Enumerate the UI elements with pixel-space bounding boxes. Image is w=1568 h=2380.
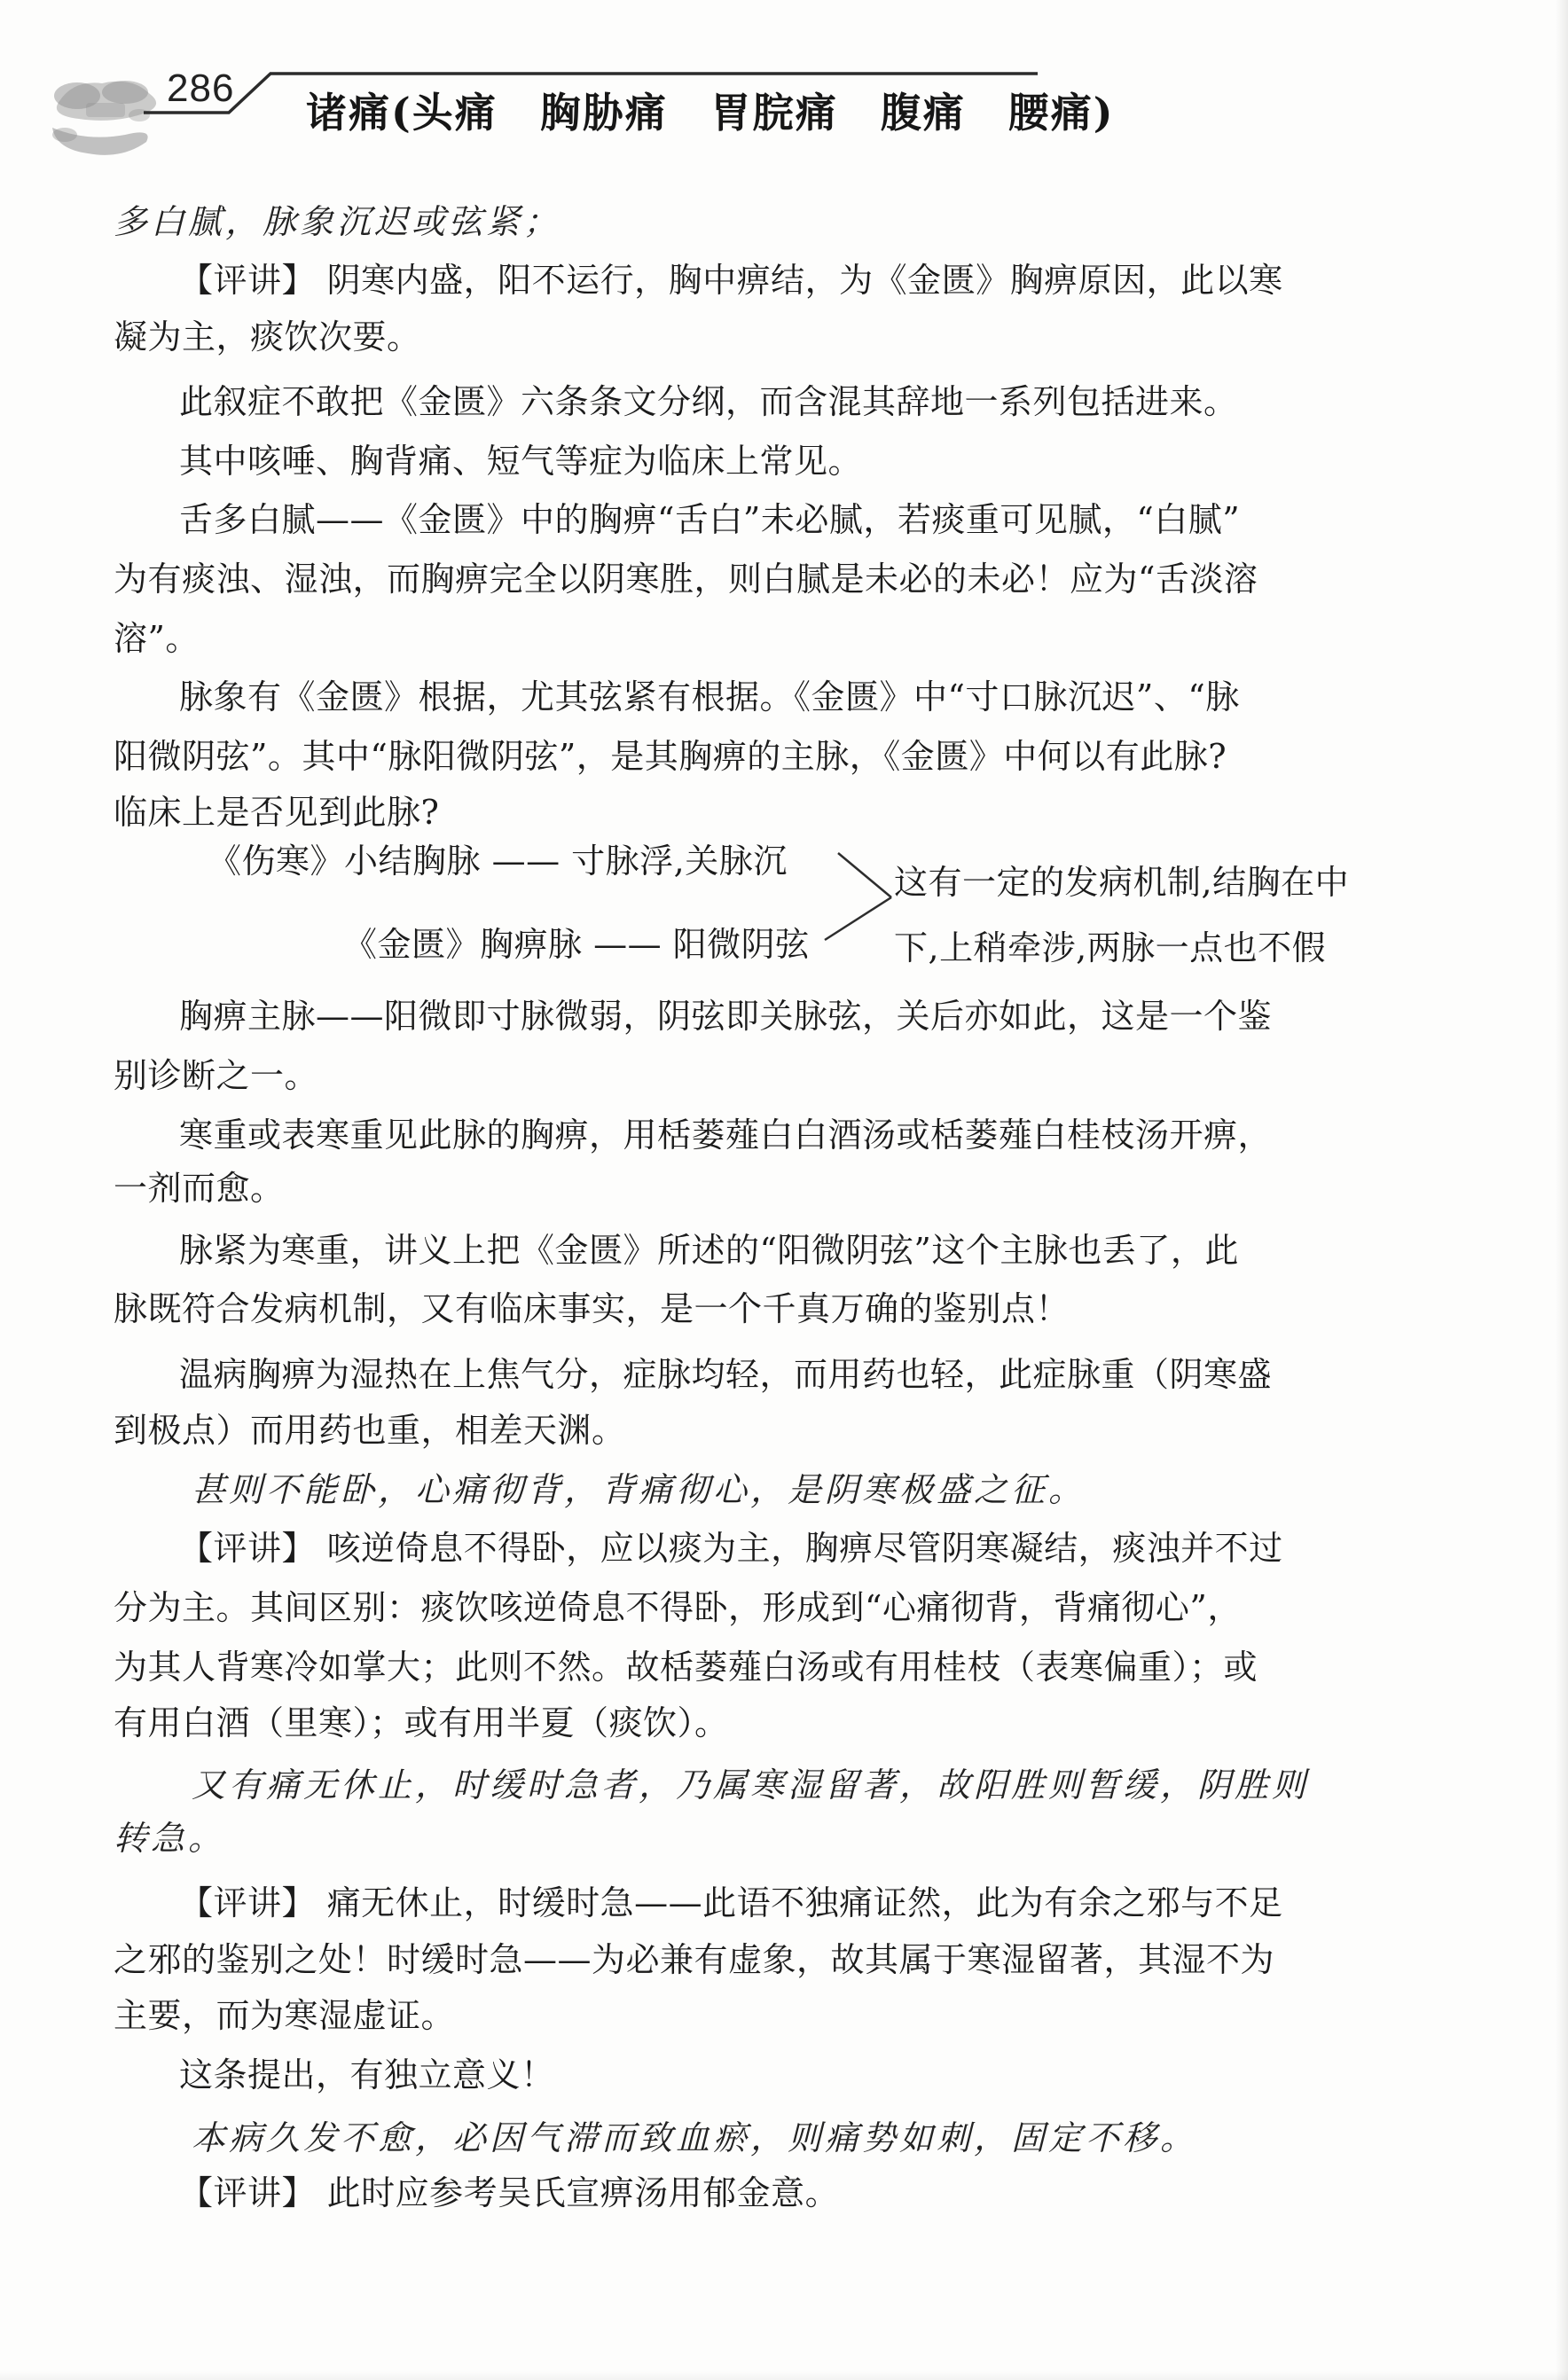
text-line: 【评讲】 阴寒内盛，阳不运行，胸中痹结，为《金匮》胸痹原因，此以寒 (114, 260, 1563, 302)
text-line: 为有痰浊、湿浊，而胸痹完全以阴寒胜，则白腻是未必的未必！应为“舌淡溶 (114, 559, 1497, 601)
text-line: 主要，而为寒湿虚证。 (114, 1995, 1497, 2038)
text-line: 温病胸痹为湿热在上焦气分，症脉均轻，而用药也轻，此症脉重（阴寒盛 (114, 1354, 1563, 1397)
text-line: 溶”。 (114, 618, 1497, 661)
text-line: 之邪的鉴别之处！时缓时急——为必兼有虚象，故其属于寒湿留著，其湿不为 (114, 1939, 1497, 1982)
text-line: 其中咳唾、胸背痛、短气等症为临床上常见。 (114, 441, 1563, 483)
text-line: 脉紧为寒重，讲义上把《金匮》所述的“阳微阴弦”这个主脉也丢了，此 (114, 1230, 1563, 1272)
text-line: 一剂而愈。 (114, 1168, 1497, 1210)
diagram-note-line1: 这有一定的发病机制,结胸在中 (894, 862, 1349, 904)
page-number: 286 (167, 69, 234, 108)
text-line: 分为主。其间区别：痰饮咳逆倚息不得卧，形成到“心痛彻背，背痛彻心”， (114, 1587, 1497, 1630)
quoted-text-line: 本病久发不愈，必因气滞而致血瘀，则痛势如刺，固定不移。 (114, 2118, 1568, 2160)
text-line: 舌多白腻——《金匮》中的胸痹“舌白”未必腻，若痰重可见腻，“白腻” (114, 499, 1563, 542)
text-line: 有用白酒（里寒）；或有用半夏（痰饮）。 (114, 1703, 1497, 1745)
text-line: 阳微阴弦”。其中“脉阳微阴弦”，是其胸痹的主脉，《金匮》中何以有此脉? (114, 736, 1497, 779)
text-line: 这条提出，有独立意义！ (114, 2055, 1563, 2097)
text-line: 脉既符合发病机制，又有临床事实，是一个千真万确的鉴别点！ (114, 1288, 1497, 1331)
text-line: 胸痹主脉——阳微即寸脉微弱，阴弦即关脉弦，关后亦如此，这是一个鉴 (114, 996, 1563, 1038)
text-line: 为其人背寒冷如掌大；此则不然。故栝蒌薤白汤或有用桂枝（表寒偏重）；或 (114, 1647, 1497, 1689)
diagram-shanghan-pulse: 《伤寒》小结胸脉 —— 寸脉浮,关脉沉 (208, 841, 788, 883)
quoted-text-line: 转急。 (114, 1818, 1497, 1860)
text-line: 凝为主，痰饮次要。 (114, 317, 1497, 359)
diagram-jingui-pulse: 《金匮》胸痹脉 —— 阳微阴弦 (343, 924, 810, 967)
chapter-title: 诸痛(头痛 胸胁痛 胃脘痛 腹痛 腰痛) (306, 89, 1115, 137)
text-line: 临床上是否见到此脉? (114, 792, 1497, 834)
quoted-text-line: 甚则不能卧，心痛彻背，背痛彻心，是阴寒极盛之征。 (114, 1469, 1568, 1512)
quoted-text-line: 又有痛无休止，时缓时急者，乃属寒湿留著，故阳胜则暂缓，阴胜则 (114, 1765, 1568, 1807)
text-line: 【评讲】 咳逆倚息不得卧，应以痰为主，胸痹尽管阴寒凝结，痰浊并不过 (114, 1528, 1563, 1570)
text-line: 此叙症不敢把《金匮》六条条文分纲，而含混其辞地一系列包括进来。 (114, 381, 1563, 424)
text-line: 寒重或表寒重见此脉的胸痹，用栝蒌薤白白酒汤或栝蒌薤白桂枝汤开痹， (114, 1115, 1563, 1157)
text-line: 多白腻，脉象沉迟或弦紧； (114, 201, 1497, 244)
text-line: 到极点）而用药也重，相差天渊。 (114, 1410, 1497, 1452)
text-line: 别诊断之一。 (114, 1055, 1497, 1098)
diagram-note-line2: 下,上稍牵涉,两脉一点也不假 (894, 928, 1326, 970)
text-line: 【评讲】 此时应参考吴氏宣痹汤用郁金意。 (114, 2173, 1563, 2215)
text-line: 【评讲】 痛无休止，时缓时急——此语不独痛证然，此为有余之邪与不足 (114, 1883, 1563, 1925)
ink-stamp-icon (40, 71, 169, 168)
book-page: 286 诸痛(头痛 胸胁痛 胃脘痛 腹痛 腰痛) 多白腻，脉象沉迟或弦紧； 【评… (0, 0, 1568, 2380)
text-line: 脉象有《金匮》根据，尤其弦紧有根据。《金匮》中“寸口脉沉迟”、“脉 (114, 677, 1563, 719)
